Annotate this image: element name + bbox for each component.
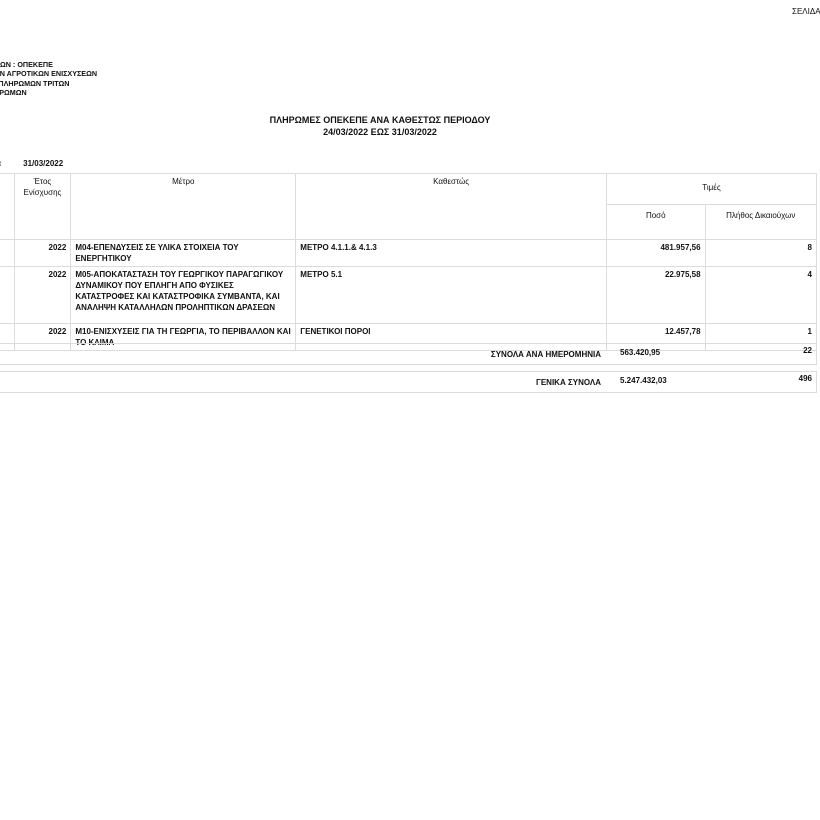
cell-year: 2022 bbox=[14, 267, 71, 324]
grand-totals-amount: 5.247.432,03 bbox=[620, 376, 667, 385]
cell-plithos: 8 bbox=[705, 240, 816, 267]
cell-metro: Μ04-ΕΠΕΝΔΥΣΕΙΣ ΣΕ ΥΛΙΚΑ ΣΤΟΙΧΕΙΑ ΤΟΥ ΕΝΕ… bbox=[71, 240, 296, 267]
totals-by-date-amount: 563.420,95 bbox=[620, 348, 660, 357]
organization-line: ΜΩΝ : ΟΠΕΚΕΠΕ bbox=[0, 60, 97, 69]
organization-line: ΗΡΩΜΩΝ bbox=[0, 88, 97, 97]
cell-kathestos: ΜΕΤΡΟ 5.1 bbox=[296, 267, 607, 324]
cell-poso: 481.957,56 bbox=[606, 240, 705, 267]
page-label: ΣΕΛΙΔΑ bbox=[792, 7, 820, 16]
grand-totals-label: ΓΕΝΙΚΑ ΣΥΝΟΛΑ bbox=[536, 378, 601, 387]
grand-totals-count: 496 bbox=[799, 374, 812, 383]
header-poso: Ποσό bbox=[606, 205, 705, 240]
organization-header: ΜΩΝ : ΟΠΕΚΕΠΕ ΩΝ ΑΓΡΟΤΙΚΩΝ ΕΝΙΣΧΥΣΕΩΝ ΄ … bbox=[0, 60, 97, 98]
report-title-block: ΠΛΗΡΩΜΕΣ ΟΠΕΚΕΠΕ ΑΝΑ ΚΑΘΕΣΤΩΣ ΠΕΡΙΟΔΟΥ 2… bbox=[200, 114, 560, 138]
date-value: 31/03/2022 bbox=[23, 159, 63, 168]
header-kathestos: Καθεστώς bbox=[296, 174, 607, 240]
cell-plithos: 4 bbox=[705, 267, 816, 324]
date-row: α 31/03/2022 bbox=[0, 159, 63, 168]
grand-totals-row: ΓΕΝΙΚΑ ΣΥΝΟΛΑ 5.247.432,03 496 bbox=[0, 371, 817, 393]
header-year: Έτος Ενίσχυσης bbox=[14, 174, 71, 240]
organization-line: ΩΝ ΑΓΡΟΤΙΚΩΝ ΕΝΙΣΧΥΣΕΩΝ bbox=[0, 69, 97, 78]
cell-poso: 22.975,58 bbox=[606, 267, 705, 324]
date-label: α bbox=[0, 159, 1, 168]
row-blank bbox=[0, 240, 14, 267]
header-blank bbox=[0, 174, 14, 240]
organization-line: ΄ ΠΛΗΡΩΜΩΝ ΤΡΙΤΩΝ bbox=[0, 79, 97, 88]
cell-kathestos: ΜΕΤΡΟ 4.1.1.& 4.1.3 bbox=[296, 240, 607, 267]
cell-metro: Μ05-ΑΠΟΚΑΤΑΣΤΑΣΗ ΤΟΥ ΓΕΩΡΓΙΚΟΥ ΠΑΡΑΓΩΓΙΚ… bbox=[71, 267, 296, 324]
totals-by-date-row: ΣΥΝΟΛΑ ΑΝΑ ΗΜΕΡΟΜΗΝΙΑ 563.420,95 22 bbox=[0, 343, 817, 365]
header-metro: Μέτρο bbox=[71, 174, 296, 240]
table-row: 2022 Μ05-ΑΠΟΚΑΤΑΣΤΑΣΗ ΤΟΥ ΓΕΩΡΓΙΚΟΥ ΠΑΡΑ… bbox=[0, 267, 817, 324]
payments-table: Έτος Ενίσχυσης Μέτρο Καθεστώς Τιμές Ποσό… bbox=[0, 173, 817, 351]
header-times: Τιμές bbox=[606, 174, 816, 205]
table-row: 2022 Μ04-ΕΠΕΝΔΥΣΕΙΣ ΣΕ ΥΛΙΚΑ ΣΤΟΙΧΕΙΑ ΤΟ… bbox=[0, 240, 817, 267]
row-blank bbox=[0, 267, 14, 324]
report-period: 24/03/2022 ΕΩΣ 31/03/2022 bbox=[200, 126, 560, 138]
report-title: ΠΛΗΡΩΜΕΣ ΟΠΕΚΕΠΕ ΑΝΑ ΚΑΘΕΣΤΩΣ ΠΕΡΙΟΔΟΥ bbox=[200, 114, 560, 126]
cell-year: 2022 bbox=[14, 240, 71, 267]
header-plithos: Πλήθος Δικαιούχων bbox=[705, 205, 816, 240]
totals-by-date-label: ΣΥΝΟΛΑ ΑΝΑ ΗΜΕΡΟΜΗΝΙΑ bbox=[491, 350, 601, 359]
totals-by-date-count: 22 bbox=[803, 346, 812, 355]
